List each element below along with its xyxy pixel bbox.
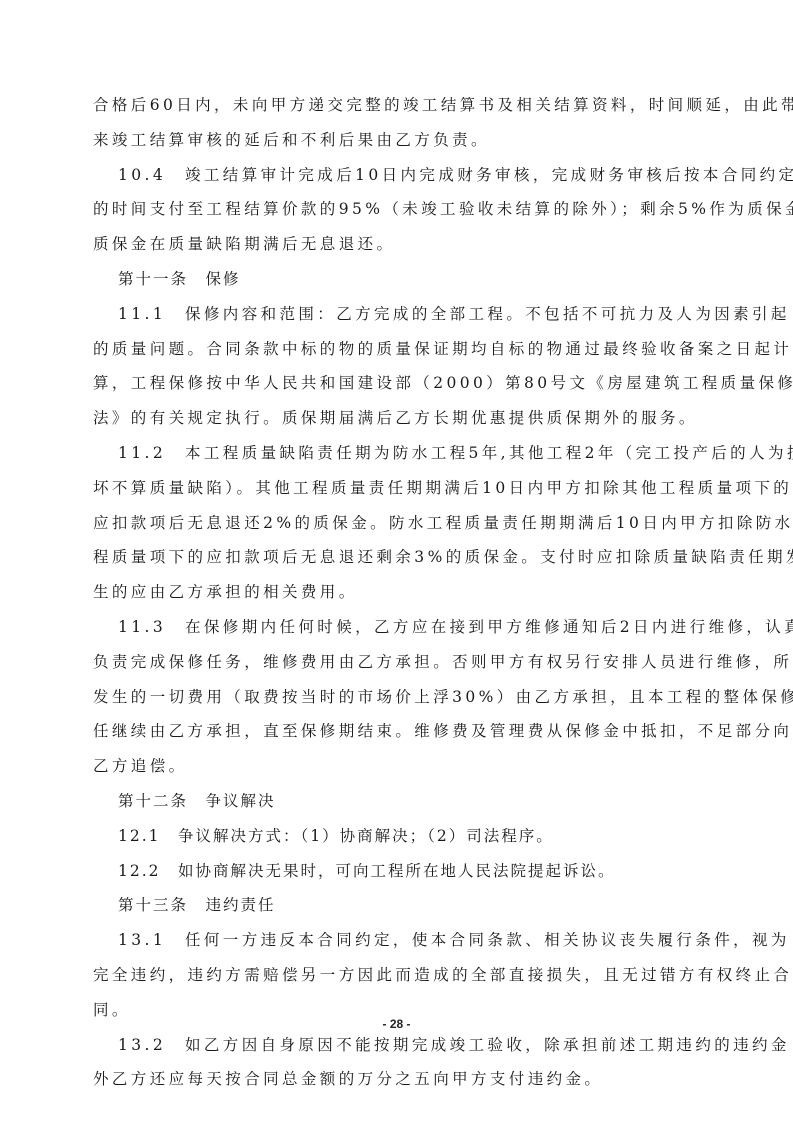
article-12-heading: 第十二条 争议解决 <box>93 784 703 819</box>
text-line: 来竣工结算审核的延后和不利后果由乙方负责。 <box>93 123 703 158</box>
article-11-heading: 第十一条 保修 <box>93 262 703 297</box>
text-line: 负责完成保修任务，维修费用由乙方承担。否则甲方有权另行安排人员进行维修，所 <box>93 645 703 680</box>
document-page: 合格后60日内，未向甲方递交完整的竣工结算书及相关结算资料，时间顺延，由此带 来… <box>0 0 793 1122</box>
text-line: 外乙方还应每天按合同总金额的万分之五向甲方支付违约金。 <box>93 1062 703 1097</box>
text-line: 应扣款项后无息退还2%的质保金。防水工程质量责任期期满后10日内甲方扣除防水工 <box>93 506 703 541</box>
clause-13-1: 13.1 任何一方违反本合同约定，使本合同条款、相关协议丧失履行条件，视为 <box>93 923 703 958</box>
text-line: 发生的一切费用（取费按当时的市场价上浮30%）由乙方承担，且本工程的整体保修责 <box>93 680 703 715</box>
text-line: 坏不算质量缺陷）。其他工程质量责任期期满后10日内甲方扣除其他工程质量项下的 <box>93 471 703 506</box>
text-line: 的时间支付至工程结算价款的95%（未竣工验收未结算的除外）；剩余5%作为质保金， <box>93 192 703 227</box>
text-line: 算，工程保修按中华人民共和国建设部（2000）第80号文《房屋建筑工程质量保修办 <box>93 366 703 401</box>
text-line: 任继续由乙方承担，直至保修期结束。维修费及管理费从保修金中抵扣，不足部分向 <box>93 714 703 749</box>
clause-13-2: 13.2 如乙方因自身原因不能按期完成竣工验收，除承担前述工期违约的违约金 <box>93 1028 703 1063</box>
text-line: 法》的有关规定执行。质保期届满后乙方长期优惠提供质保期外的服务。 <box>93 401 703 436</box>
clause-12-1: 12.1 争议解决方式：（1）协商解决；（2）司法程序。 <box>93 819 703 854</box>
article-13-heading: 第十三条 违约责任 <box>93 888 703 923</box>
text-line: 的质量问题。合同条款中标的物的质量保证期均自标的物通过最终验收备案之日起计 <box>93 332 703 367</box>
text-line: 程质量项下的应扣款项后无息退还剩余3%的质保金。支付时应扣除质量缺陷责任期发 <box>93 540 703 575</box>
text-line: 质保金在质量缺陷期满后无息退还。 <box>93 227 703 262</box>
clause-12-2: 12.2 如协商解决无果时，可向工程所在地人民法院提起诉讼。 <box>93 854 703 889</box>
clause-11-3: 11.3 在保修期内任何时候，乙方应在接到甲方维修通知后2日内进行维修，认真 <box>93 610 703 645</box>
text-line: 乙方追偿。 <box>93 749 703 784</box>
clause-11-2: 11.2 本工程质量缺陷责任期为防水工程5年,其他工程2年（完工投产后的人为损 <box>93 436 703 471</box>
clause-10-4: 10.4 竣工结算审计完成后10日内完成财务审核，完成财务审核后按本合同约定 <box>93 158 703 193</box>
document-body: 合格后60日内，未向甲方递交完整的竣工结算书及相关结算资料，时间顺延，由此带 来… <box>93 88 703 1097</box>
text-line: 完全违约，违约方需赔偿另一方因此而造成的全部直接损失，且无过错方有权终止合 <box>93 958 703 993</box>
text-line: 合格后60日内，未向甲方递交完整的竣工结算书及相关结算资料，时间顺延，由此带 <box>93 88 703 123</box>
clause-11-1: 11.1 保修内容和范围：乙方完成的全部工程。不包括不可抗力及人为因素引起 <box>93 297 703 332</box>
text-line: 生的应由乙方承担的相关费用。 <box>93 575 703 610</box>
page-number: - 28 - <box>0 1017 793 1031</box>
